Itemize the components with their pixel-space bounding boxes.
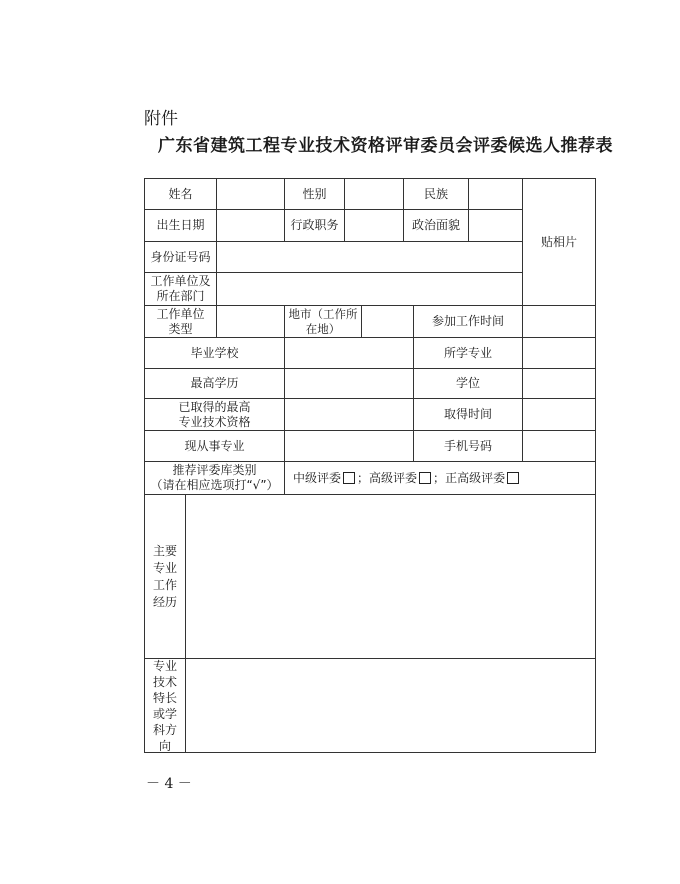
- photo-area[interactable]: 贴相片: [522, 178, 596, 306]
- option-separator: ；: [357, 471, 369, 486]
- degree-label: 学位: [413, 368, 523, 399]
- id-number-label: 身份证号码: [144, 241, 217, 273]
- major-label: 所学专业: [413, 337, 523, 369]
- school-field[interactable]: [284, 337, 414, 369]
- employer-type-label: 工作单位类型: [144, 305, 217, 338]
- page-title: 广东省建筑工程专业技术资格评审委员会评委候选人推荐表: [158, 131, 613, 156]
- birth-date-field[interactable]: [216, 209, 285, 242]
- political-status-label: 政治面貌: [403, 209, 469, 242]
- employer-label: 工作单位及所在部门: [144, 272, 217, 306]
- political-status-field[interactable]: [468, 209, 523, 242]
- option-senior-checkbox[interactable]: [419, 472, 431, 484]
- obtained-time-label: 取得时间: [413, 398, 523, 431]
- birth-date-label: 出生日期: [144, 209, 217, 242]
- employer-type-field[interactable]: [216, 305, 285, 338]
- name-label: 姓名: [144, 178, 217, 210]
- option-separator: ；: [433, 471, 445, 486]
- degree-field[interactable]: [522, 368, 596, 399]
- school-label: 毕业学校: [144, 337, 285, 369]
- category-label: 推荐评委库类别 （请在相应选项打“√”）: [144, 461, 285, 495]
- option-intermediate-checkbox[interactable]: [343, 472, 355, 484]
- specialty-field[interactable]: [185, 658, 596, 753]
- qualification-label: 已取得的最高专业技术资格: [144, 398, 285, 431]
- page-number: － 4 －: [146, 773, 192, 793]
- attachment-label: 附件: [144, 104, 178, 129]
- ethnicity-label: 民族: [403, 178, 469, 210]
- category-label-line2: （请在相应选项打“√”）: [150, 478, 278, 493]
- obtained-time-field[interactable]: [522, 398, 596, 431]
- name-field[interactable]: [216, 178, 285, 210]
- option-full-senior-label: 正高级评委: [445, 471, 505, 486]
- ethnicity-field[interactable]: [468, 178, 523, 210]
- qualification-field[interactable]: [284, 398, 414, 431]
- option-intermediate-label: 中级评委: [293, 471, 341, 486]
- education-field[interactable]: [284, 368, 414, 399]
- work-start-label: 参加工作时间: [413, 305, 523, 338]
- work-start-field[interactable]: [522, 305, 596, 338]
- option-full-senior-checkbox[interactable]: [507, 472, 519, 484]
- city-field[interactable]: [361, 305, 414, 338]
- current-major-label: 现从事专业: [144, 430, 285, 462]
- experience-label-text: 主要专业工作经历: [150, 543, 180, 611]
- employer-field[interactable]: [216, 272, 523, 306]
- city-label: 地市（工作所在地）: [284, 305, 362, 338]
- gender-field[interactable]: [344, 178, 404, 210]
- experience-label: 主要专业工作经历: [144, 494, 186, 659]
- id-number-field[interactable]: [216, 241, 523, 273]
- specialty-label: 专业技术特长或学科方向: [144, 658, 186, 753]
- specialty-label-text: 专业技术特长或学科方向: [150, 658, 180, 754]
- category-options: 中级评委 ； 高级评委 ； 正高级评委: [284, 461, 596, 495]
- phone-field[interactable]: [522, 430, 596, 462]
- category-label-line1: 推荐评委库类别: [172, 463, 256, 478]
- phone-label: 手机号码: [413, 430, 523, 462]
- option-senior-label: 高级评委: [369, 471, 417, 486]
- education-label: 最高学历: [144, 368, 285, 399]
- admin-post-field[interactable]: [344, 209, 404, 242]
- current-major-field[interactable]: [284, 430, 414, 462]
- admin-post-label: 行政职务: [284, 209, 345, 242]
- gender-label: 性别: [284, 178, 345, 210]
- experience-field[interactable]: [185, 494, 596, 659]
- major-field[interactable]: [522, 337, 596, 369]
